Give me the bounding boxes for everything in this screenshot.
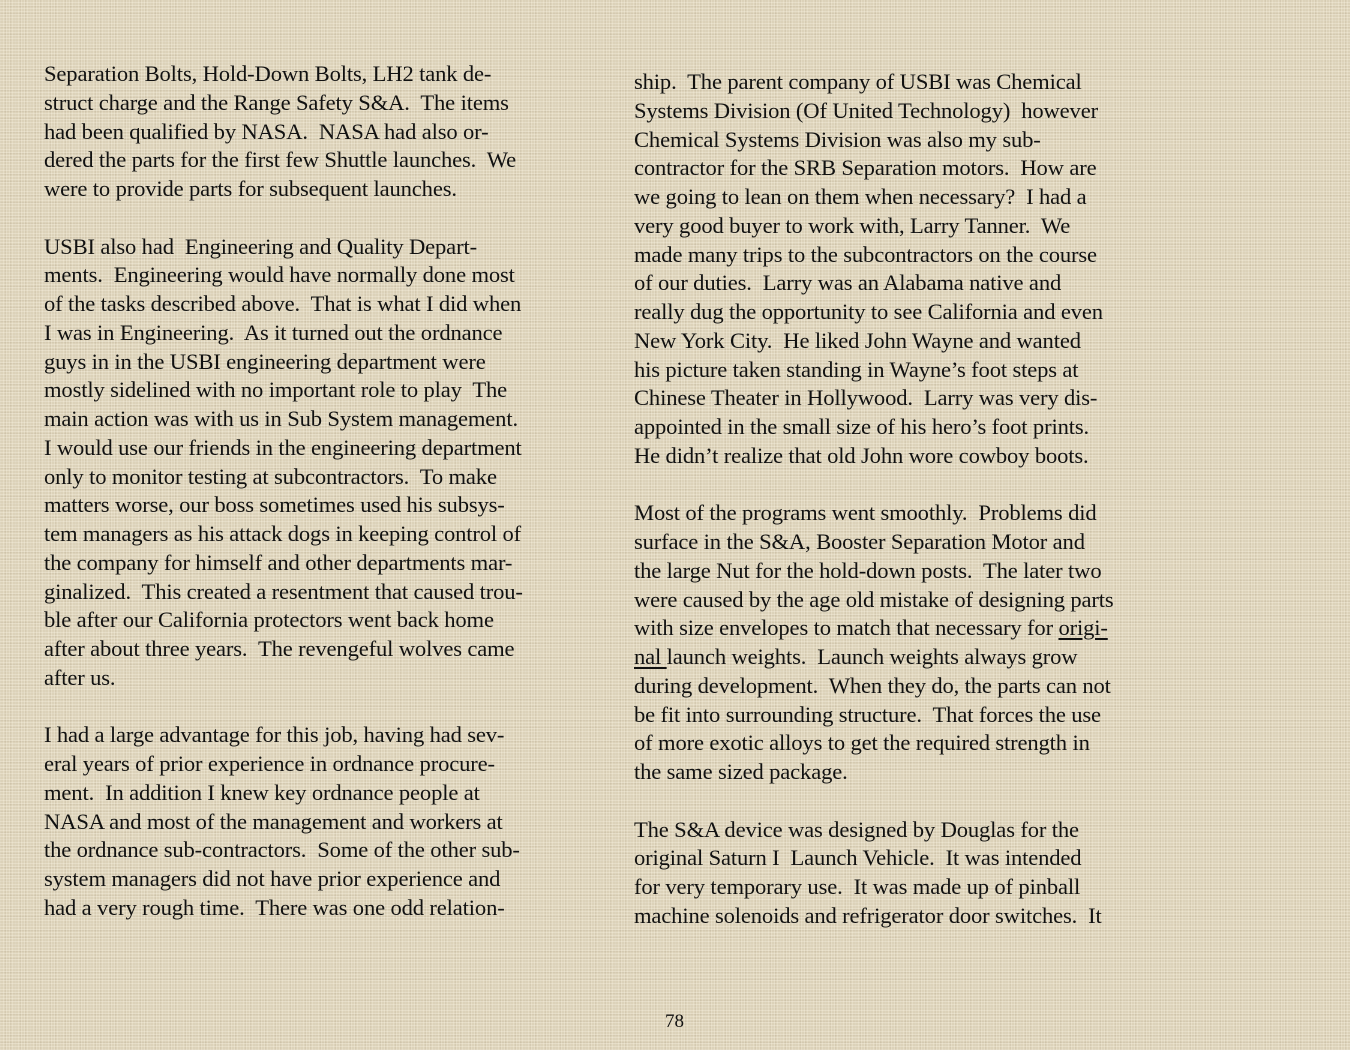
text-line: I had a large advantage for this job, ha… [44, 721, 604, 750]
text-line: with size envelopes to match that necess… [634, 614, 1194, 643]
text-line: New York City. He liked John Wayne and w… [634, 327, 1194, 356]
text-line: NASA and most of the management and work… [44, 808, 604, 837]
text-line: made many trips to the subcontractors on… [634, 241, 1194, 270]
text-line: dered the parts for the first few Shuttl… [44, 146, 604, 175]
text-line: Separation Bolts, Hold-Down Bolts, LH2 t… [44, 60, 604, 89]
text-line: ginalized. This created a resentment tha… [44, 578, 604, 607]
text-line: the same sized package. [634, 758, 1194, 787]
text-line: contractor for the SRB Separation motors… [634, 154, 1194, 183]
text-line: original Saturn I Launch Vehicle. It was… [634, 844, 1194, 873]
text-line: USBI also had Engineering and Quality De… [44, 233, 604, 262]
page-number: 78 [665, 1011, 684, 1033]
underlined-text: nal [634, 644, 667, 669]
text-line: had a very rough time. There was one odd… [44, 894, 604, 923]
text-line: the large Nut for the hold-down posts. T… [634, 557, 1194, 586]
text-line: after us. [44, 664, 604, 693]
text-line: nal launch weights. Launch weights alway… [634, 643, 1194, 672]
text-line: of more exotic alloys to get the require… [634, 729, 1194, 758]
text-line: only to monitor testing at subcontractor… [44, 463, 604, 492]
text-line: were caused by the age old mistake of de… [634, 586, 1194, 615]
paragraph: ship. The parent company of USBI was Che… [634, 68, 1194, 471]
text-line: eral years of prior experience in ordnan… [44, 750, 604, 779]
paragraph: USBI also had Engineering and Quality De… [44, 233, 604, 693]
text-line: system managers did not have prior exper… [44, 865, 604, 894]
text-line: really dug the opportunity to see Califo… [634, 298, 1194, 327]
text-line: ments. Engineering would have normally d… [44, 261, 604, 290]
text-line: The S&A device was designed by Douglas f… [634, 816, 1194, 845]
text-line: I would use our friends in the engineeri… [44, 434, 604, 463]
text-line: struct charge and the Range Safety S&A. … [44, 89, 604, 118]
text-line: Most of the programs went smoothly. Prob… [634, 499, 1194, 528]
text-line: Chinese Theater in Hollywood. Larry was … [634, 384, 1194, 413]
paragraph: I had a large advantage for this job, ha… [44, 721, 604, 922]
paragraph: The S&A device was designed by Douglas f… [634, 816, 1194, 931]
text-line: for very temporary use. It was made up o… [634, 873, 1194, 902]
paragraph: Most of the programs went smoothly. Prob… [634, 499, 1194, 787]
underlined-text: origi- [1058, 615, 1107, 640]
text-line: I was in Engineering. As it turned out t… [44, 319, 604, 348]
text-line: the ordnance sub-contractors. Some of th… [44, 836, 604, 865]
text-line: we going to lean on them when necessary?… [634, 183, 1194, 212]
text-line: guys in in the USBI engineering departme… [44, 348, 604, 377]
text-line: mostly sidelined with no important role … [44, 376, 604, 405]
text-line: Chemical Systems Division was also my su… [634, 126, 1194, 155]
text-line: tem managers as his attack dogs in keepi… [44, 520, 604, 549]
text-segment: with size envelopes to match that necess… [634, 615, 1058, 640]
text-line: of our duties. Larry was an Alabama nati… [634, 269, 1194, 298]
text-line: the company for himself and other depart… [44, 549, 604, 578]
text-line: machine solenoids and refrigerator door … [634, 902, 1194, 931]
paragraph: Separation Bolts, Hold-Down Bolts, LH2 t… [44, 60, 604, 204]
text-line: appointed in the small size of his hero’… [634, 413, 1194, 442]
text-line: matters worse, our boss sometimes used h… [44, 491, 604, 520]
text-line: surface in the S&A, Booster Separation M… [634, 528, 1194, 557]
text-line: ble after our California protectors went… [44, 606, 604, 635]
text-line: ment. In addition I knew key ordnance pe… [44, 779, 604, 808]
text-line: after about three years. The revengeful … [44, 635, 604, 664]
right-text-column: ship. The parent company of USBI was Che… [634, 68, 1194, 959]
text-line: very good buyer to work with, Larry Tann… [634, 212, 1194, 241]
left-text-column: Separation Bolts, Hold-Down Bolts, LH2 t… [44, 60, 604, 951]
text-line: main action was with us in Sub System ma… [44, 405, 604, 434]
text-line: ship. The parent company of USBI was Che… [634, 68, 1194, 97]
text-line: He didn’t realize that old John wore cow… [634, 442, 1194, 471]
text-line: had been qualified by NASA. NASA had als… [44, 118, 604, 147]
text-line: Systems Division (Of United Technology) … [634, 97, 1194, 126]
text-line: be fit into surrounding structure. That … [634, 701, 1194, 730]
text-line: of the tasks described above. That is wh… [44, 290, 604, 319]
text-line: his picture taken standing in Wayne’s fo… [634, 356, 1194, 385]
text-line: were to provide parts for subsequent lau… [44, 175, 604, 204]
text-line: during development. When they do, the pa… [634, 672, 1194, 701]
text-segment: launch weights. Launch weights always gr… [667, 644, 1078, 669]
